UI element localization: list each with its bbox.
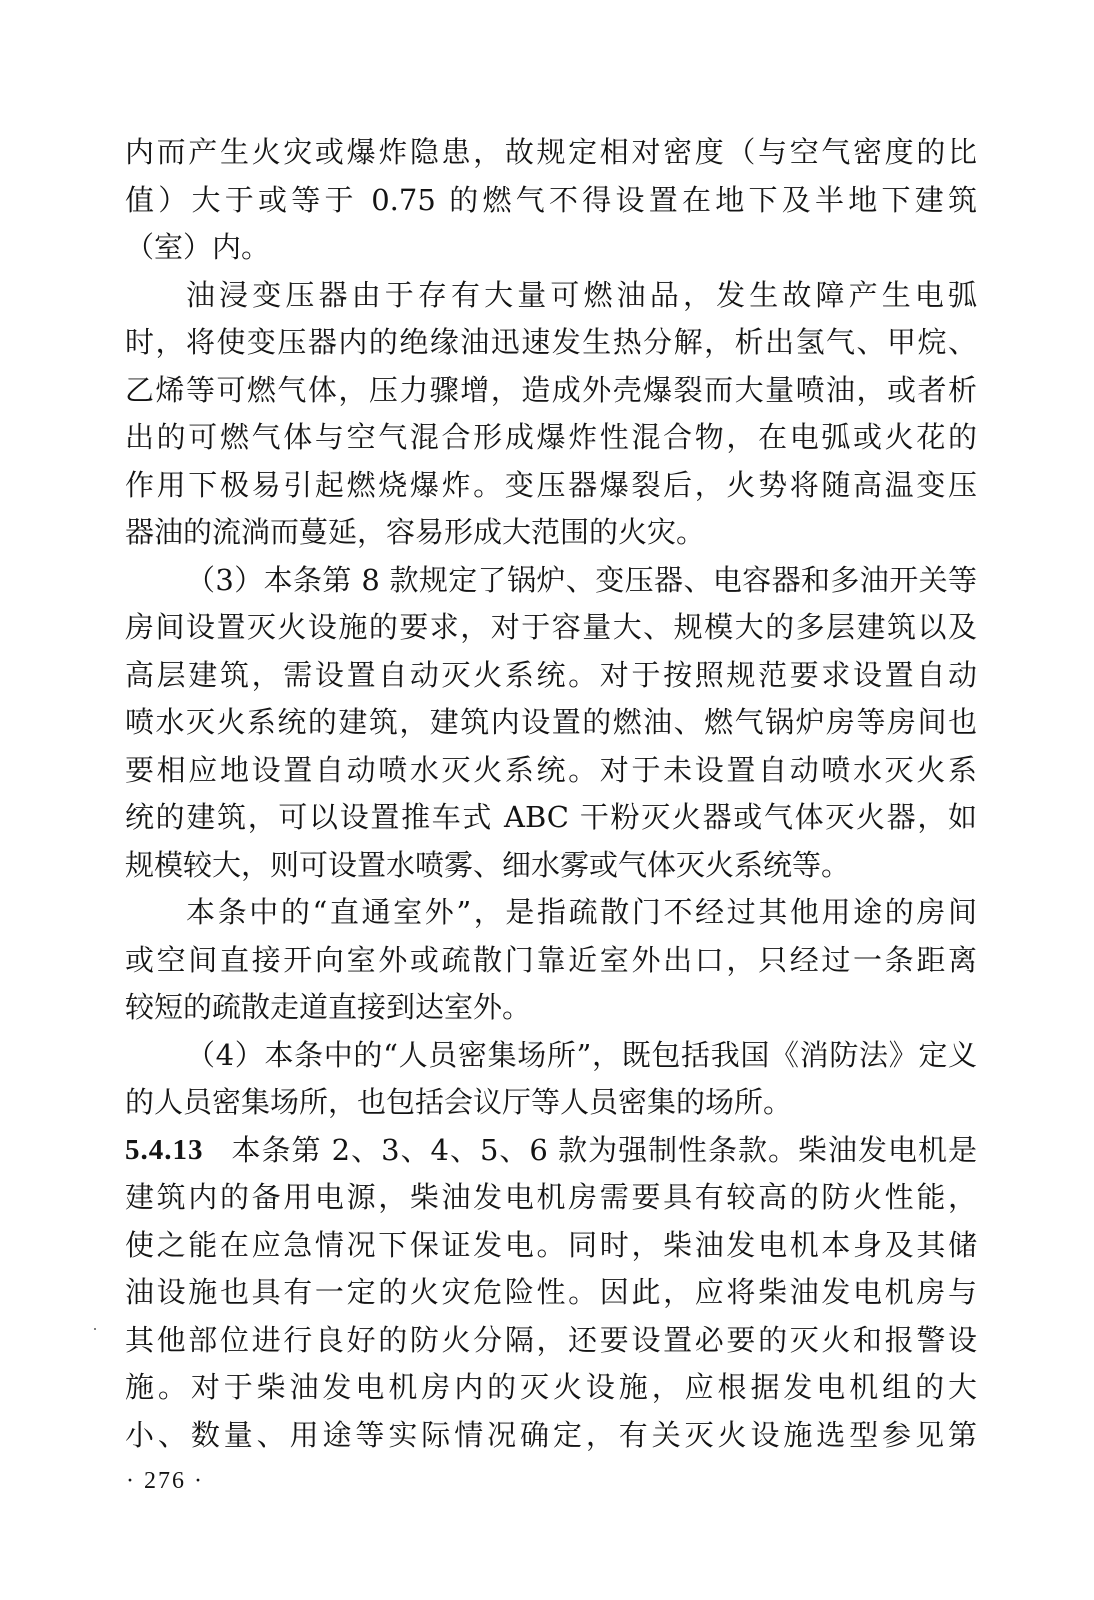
text-line: 本条中的“直通室外”，是指疏散门不经过其他用途的房间	[186, 892, 977, 932]
section-number: 5.4.13	[125, 1130, 204, 1170]
text-line: 较短的疏散走道直接到达室外。	[125, 987, 977, 1027]
text-line: 高层建筑，需设置自动灭火系统。对于按照规范要求设置自动	[125, 655, 977, 695]
text-line: 或空间直接开向室外或疏散门靠近室外出口，只经过一条距离	[125, 940, 977, 980]
text-line: （室）内。	[125, 227, 977, 267]
text-line: （3）本条第 8 款规定了锅炉、变压器、电容器和多油开关等	[186, 560, 977, 600]
text-line: 时，将使变压器内的绝缘油迅速发生热分解，析出氢气、甲烷、	[125, 322, 977, 362]
text-line: 建筑内的备用电源，柴油发电机房需要具有较高的防火性能，	[125, 1177, 977, 1217]
text-line: 乙烯等可燃气体，压力骤增，造成外壳爆裂而大量喷油，或者析	[125, 370, 977, 410]
text-line: （4）本条中的“人员密集场所”，既包括我国《消防法》定义	[186, 1035, 977, 1075]
document-page: 内而产生火灾或爆炸隐患，故规定相对密度（与空气密度的比 值）大于或等于 0.75…	[0, 0, 1094, 1600]
text-line: 出的可燃气体与空气混合形成爆炸性混合物，在电弧或火花的	[125, 417, 977, 457]
text-line: 使之能在应急情况下保证发电。同时，柴油发电机本身及其储	[125, 1225, 977, 1265]
text-line: 喷水灭火系统的建筑，建筑内设置的燃油、燃气锅炉房等房间也	[125, 702, 977, 742]
text-line: 小、数量、用途等实际情况确定，有关灭火设施选型参见第	[125, 1415, 977, 1455]
text-line: 油浸变压器由于存有大量可燃油品，发生故障产生电弧	[186, 275, 977, 315]
text-line: 施。对于柴油发电机房内的灭火设施，应根据发电机组的大	[125, 1367, 977, 1407]
text-line: 油设施也具有一定的火灾危险性。因此，应将柴油发电机房与	[125, 1272, 977, 1312]
text-line: 内而产生火灾或爆炸隐患，故规定相对密度（与空气密度的比	[125, 132, 977, 172]
text-line: 作用下极易引起燃烧爆炸。变压器爆裂后，火势将随高温变压	[125, 465, 977, 505]
scan-speck	[94, 1328, 96, 1330]
text-line: 规模较大，则可设置水喷雾、细水雾或气体灭火系统等。	[125, 845, 977, 885]
page-number: · 276 ·	[126, 1465, 204, 1497]
text-line: 要相应地设置自动喷水灭火系统。对于未设置自动喷水灭火系	[125, 750, 977, 790]
text-line: 其他部位进行良好的防火分隔，还要设置必要的灭火和报警设	[125, 1320, 977, 1360]
text-line: 器油的流淌而蔓延，容易形成大范围的火灾。	[125, 512, 977, 552]
text-line: 值）大于或等于 0.75 的燃气不得设置在地下及半地下建筑	[125, 180, 977, 220]
text-line: 统的建筑，可以设置推车式 ABC 干粉灭火器或气体灭火器，如	[125, 797, 977, 837]
text-line: 的人员密集场所，也包括会议厅等人员密集的场所。	[125, 1082, 977, 1122]
section-heading-line: 5.4.13 本条第 2、3、4、5、6 款为强制性条款。柴油发电机是	[125, 1130, 977, 1170]
text-line: 房间设置灭火设施的要求，对于容量大、规模大的多层建筑以及	[125, 607, 977, 647]
text-line: 本条第 2、3、4、5、6 款为强制性条款。柴油发电机是	[232, 1130, 978, 1170]
